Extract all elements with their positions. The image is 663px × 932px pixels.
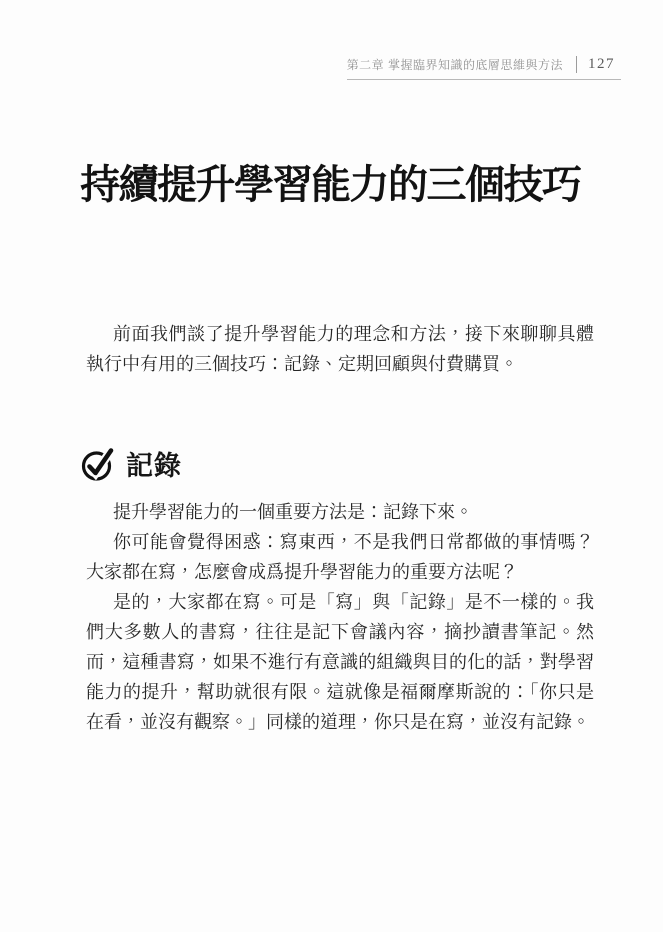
article-title: 持續提升學習能力的三個技巧 — [80, 160, 581, 210]
intro-paragraph: 前面我們談了提升學習能力的理念和方法，接下來聊聊具體執行中有用的三個技巧：記錄、… — [86, 319, 594, 379]
intro-paragraph-block: 前面我們談了提升學習能力的理念和方法，接下來聊聊具體執行中有用的三個技巧：記錄、… — [86, 319, 594, 379]
book-page: 第二章 掌握臨界知識的底層思維與方法 127 持續提升學習能力的三個技巧 前面我… — [0, 0, 663, 932]
running-header: 第二章 掌握臨界知識的底層思維與方法 127 — [347, 56, 621, 80]
circled-checkmark-icon — [81, 446, 117, 482]
header-divider — [576, 56, 577, 73]
chapter-label: 第二章 掌握臨界知識的底層思維與方法 — [347, 56, 563, 73]
section-heading-label: 記錄 — [126, 444, 182, 483]
body-paragraph: 是的，大家都在寫。可是「寫」與「記錄」是不一樣的。我們大多數人的書寫，往往是記下… — [86, 587, 594, 737]
body-paragraph: 提升學習能力的一個重要方法是：記錄下來。 — [86, 497, 594, 527]
section-heading: 記錄 — [81, 444, 182, 483]
page-number: 127 — [588, 56, 621, 73]
body-paragraph: 你可能會覺得困惑：寫東西，不是我們日常都做的事情嗎？大家都在寫，怎麼會成爲提升學… — [86, 527, 594, 587]
section-body: 提升學習能力的一個重要方法是：記錄下來。 你可能會覺得困惑：寫東西，不是我們日常… — [86, 497, 594, 737]
